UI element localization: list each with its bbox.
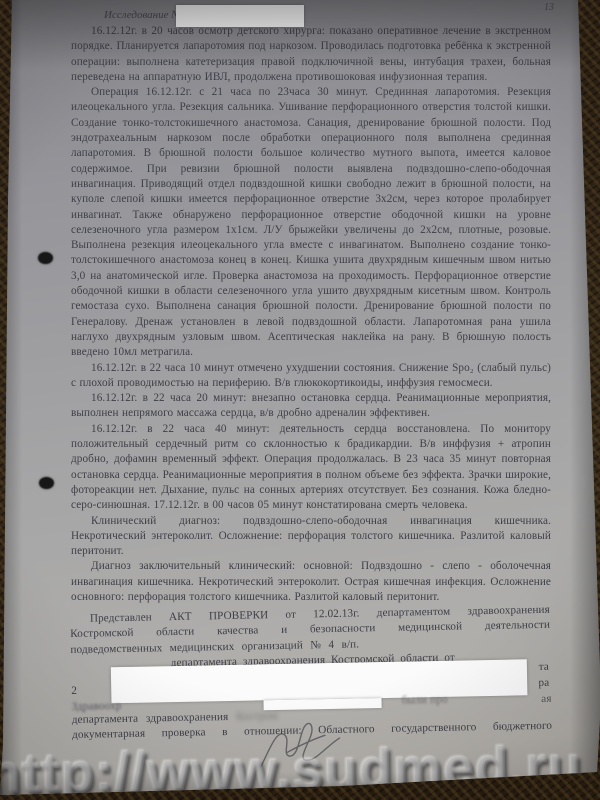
document-title: Исследование № [104, 9, 182, 21]
smudged-text: Костром [236, 710, 278, 723]
text-fragment: та [539, 660, 549, 675]
text-fragment: 2 [71, 684, 77, 699]
redaction-box-small [263, 698, 381, 710]
paragraph-resuscitation-death: 16.12.12г. в 22 часа 40 минут: деятельно… [71, 422, 551, 514]
ink-dot-icon [38, 252, 53, 264]
document-text: 16.12.12г. в 20 часов осмотр детского хи… [71, 24, 551, 742]
ink-dot-icon [39, 477, 54, 489]
text-fragment: ра [538, 676, 549, 692]
text-fragment: были про [401, 693, 447, 709]
paragraph-final-diagnosis: Диагноз заключительный клинический: осно… [71, 559, 551, 605]
watermark-url: http://www.sudmed.ru [0, 734, 584, 800]
page-number: 13 [544, 2, 554, 13]
photo-background: Исследование № 13 16.12.12г. в 20 часов … [0, 0, 600, 800]
paragraph-surgeon-exam: 16.12.12г. в 20 часов осмотр детского хи… [71, 24, 551, 85]
paragraph-deterioration: 16.12.12г. в 22 часа 10 минут отмечено у… [71, 361, 551, 392]
document-page: Исследование № 13 16.12.12г. в 20 часов … [0, 0, 600, 800]
text-fragment: департамента здравоохранения [72, 711, 229, 726]
redaction-box-large [111, 659, 528, 703]
paragraph-operation: Операция 16.12.12г. с 21 часа по 23часа … [71, 85, 551, 360]
paragraph-clinical-diagnosis: Клинический диагноз: подвздошно-слепо-об… [71, 514, 551, 560]
text-fragment: ая [541, 692, 552, 707]
paragraph-cardiac-arrest: 16.12.12г. в 22 часа 20 минут: внезапно … [71, 391, 551, 422]
